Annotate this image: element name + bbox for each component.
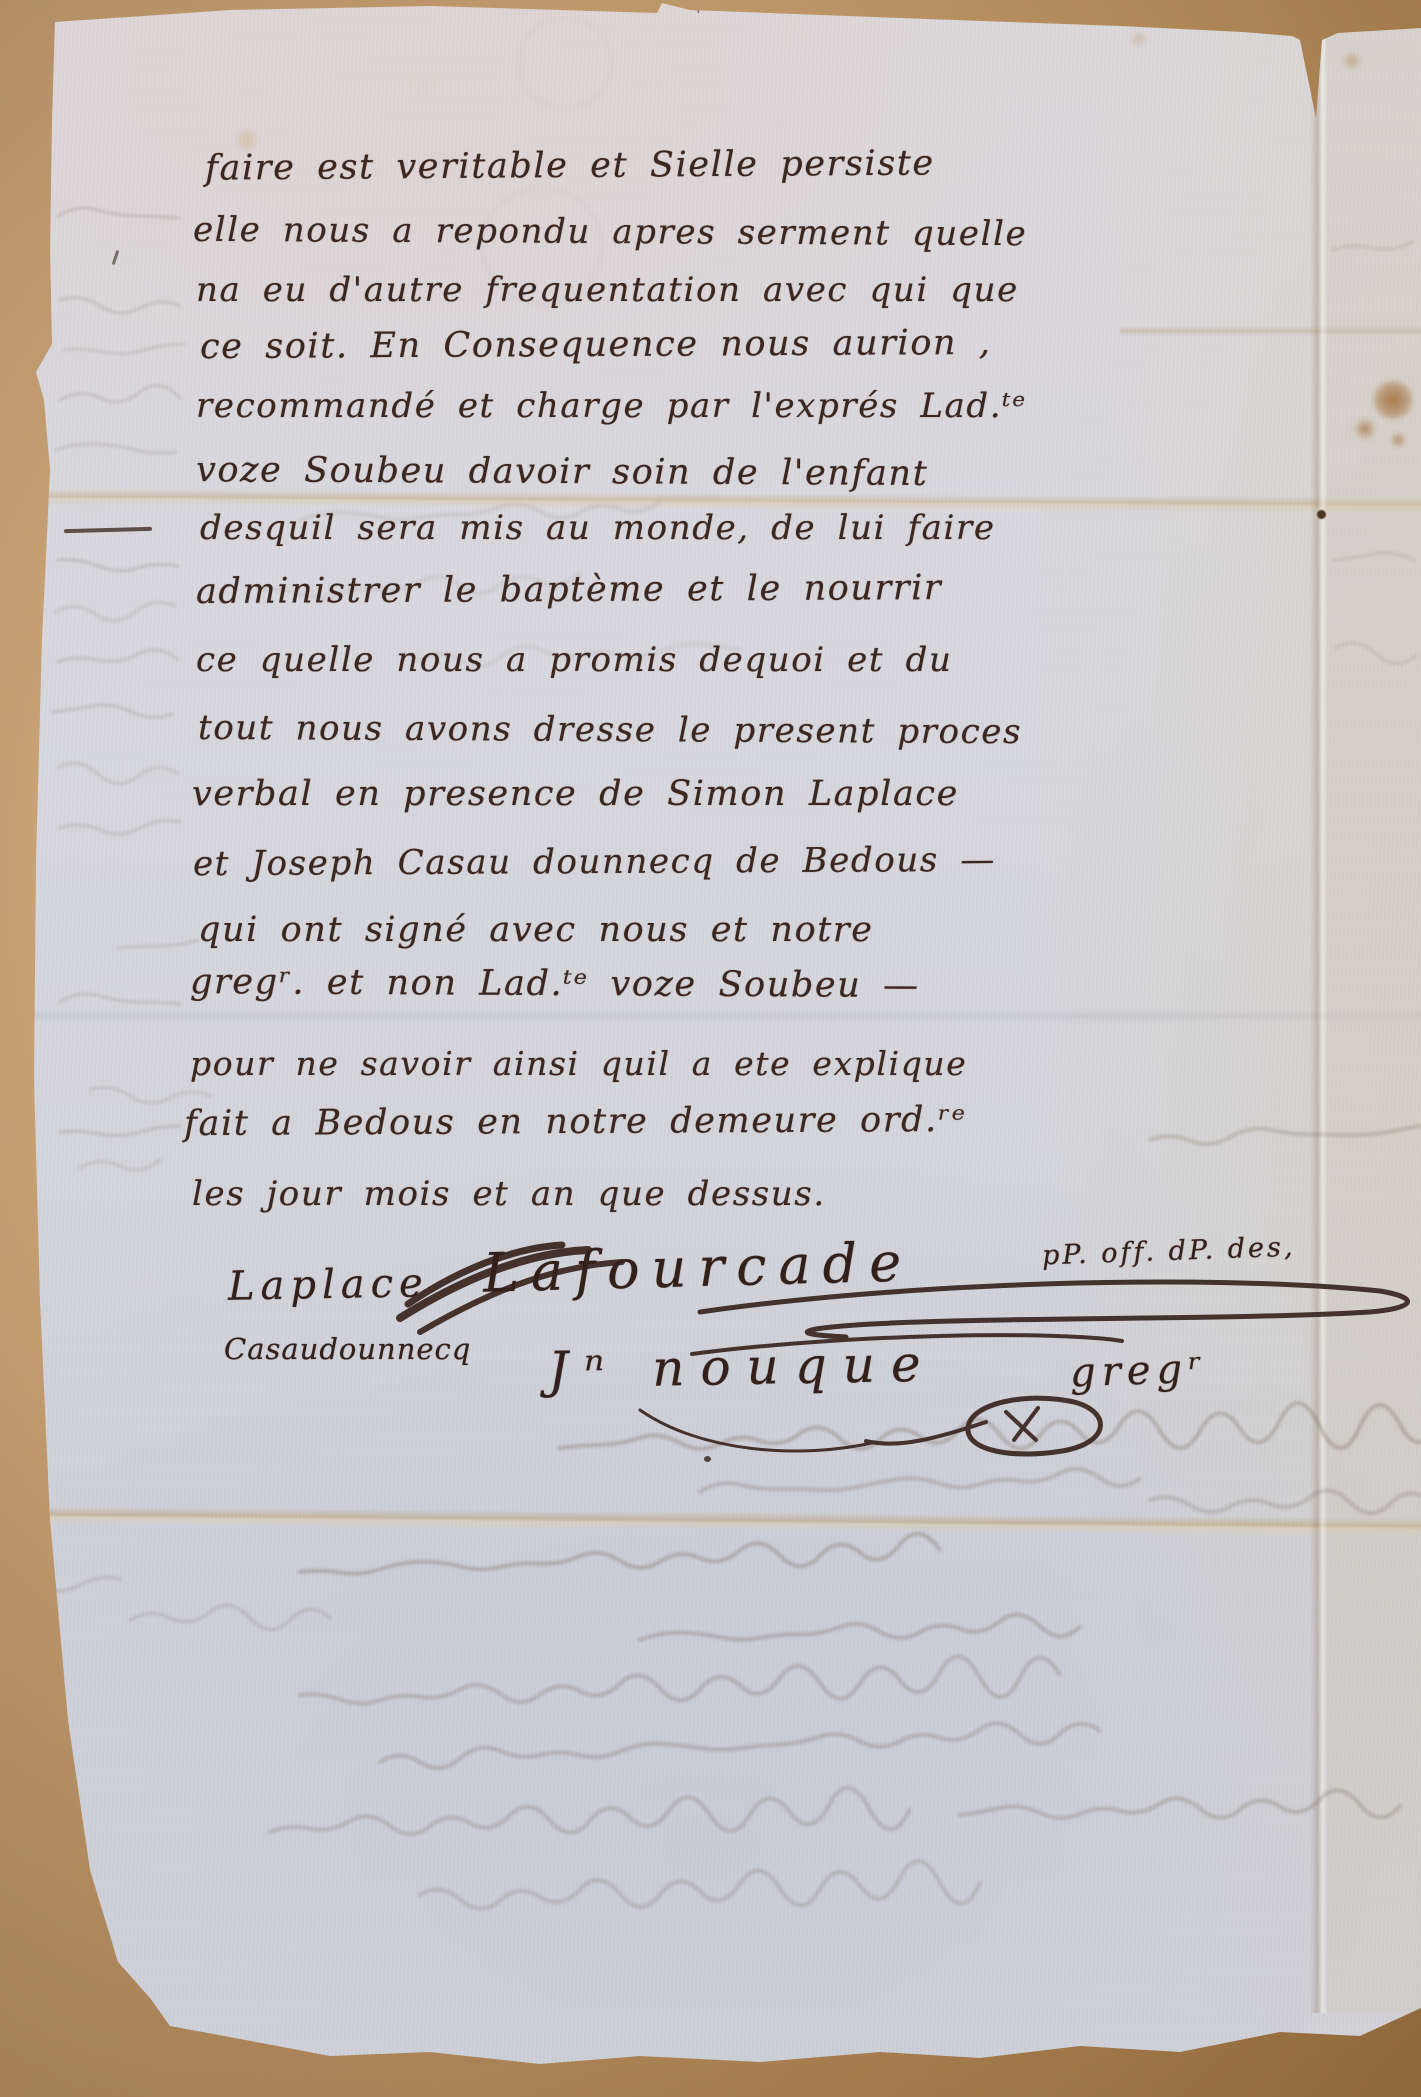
bleedthrough-scrawl xyxy=(299,1533,940,1584)
manuscript-line: administrer le baptème et le nourrir xyxy=(196,568,943,612)
flourish-stroke xyxy=(1006,1408,1038,1440)
manuscript-line: desquil sera mis au monde, de lui faire xyxy=(200,508,996,548)
bleedthrough-scrawl xyxy=(269,1786,910,1851)
bleedthrough-scrawl xyxy=(1150,1489,1421,1517)
manuscript-line: ce quelle nous a promis dequoi et du xyxy=(196,640,952,680)
manuscript-line: qui ont signé avec nous et notre xyxy=(198,910,874,950)
margin-dash-mark xyxy=(64,527,152,533)
stain-spot xyxy=(1388,432,1408,448)
bleedthrough-scrawl xyxy=(58,208,178,218)
stain-spot xyxy=(1128,30,1150,48)
vertical-fold-crease xyxy=(1310,28,1328,2013)
stain-spot xyxy=(1352,418,1378,440)
signature-laplace: Laplace xyxy=(228,1260,430,1309)
stain-spot xyxy=(1372,380,1414,420)
manuscript-line: tout nous avons dresse le present proces xyxy=(198,708,1022,752)
bleedthrough-scrawl xyxy=(379,1719,1099,1773)
bleedthrough-scrawl xyxy=(700,1467,1140,1501)
bleedthrough-scrawl xyxy=(960,1789,1401,1829)
manuscript-page: + faire est veritable et Sielle persiste… xyxy=(0,0,1421,2097)
manuscript-photo: + faire est veritable et Sielle persiste… xyxy=(0,0,1421,2097)
manuscript-line: les jour mois et an que dessus. xyxy=(192,1174,826,1214)
bleedthrough-scrawl xyxy=(299,1653,1060,1722)
manuscript-line: gregʳ. et non Lad.ᵗᵉ voze Soubeu — xyxy=(190,962,920,1006)
bleedthrough-scrawl xyxy=(52,705,172,718)
flourish-stroke xyxy=(968,1398,1101,1454)
faint-stamp-showthrough xyxy=(516,16,614,110)
bleedthrough-scrawl xyxy=(60,994,180,1004)
manuscript-line: ce soit. En Consequence nous aurion , xyxy=(200,323,992,367)
bleedthrough-scrawl xyxy=(58,763,178,783)
flourish-stroke xyxy=(866,1422,986,1444)
bleedthrough-scrawl xyxy=(1150,1123,1421,1146)
manuscript-line: fait a Bedous en notre demeure ord.ʳᵉ xyxy=(184,1100,967,1144)
bleedthrough-scrawl xyxy=(60,298,180,313)
bleedthrough-scrawl xyxy=(1334,553,1414,560)
bleedthrough-scrawl xyxy=(1332,242,1412,250)
margin-tick-mark xyxy=(112,250,119,265)
signature-nouque-title: gregʳ xyxy=(1069,1346,1208,1397)
signature-lafourcade-title: pP. off. dP. des, xyxy=(1042,1232,1296,1272)
bleedthrough-scrawl xyxy=(419,1859,980,1923)
stain-spot xyxy=(1340,52,1364,70)
bleedthrough-scrawl xyxy=(80,1160,160,1170)
folded-leaf-strip xyxy=(1326,28,1421,2013)
bleedthrough-scrawl xyxy=(60,385,180,402)
bleedthrough-scrawl xyxy=(118,940,198,948)
bleedthrough-scrawl xyxy=(55,602,175,620)
horizontal-fold-crease xyxy=(0,1010,1421,1022)
bleedthrough-scrawl xyxy=(58,650,178,662)
flourish-stroke xyxy=(640,1410,876,1451)
bleedthrough-scrawl xyxy=(90,1088,210,1103)
manuscript-line: faire est veritable et Sielle persiste xyxy=(205,143,935,188)
bleedthrough-scrawl xyxy=(58,560,178,571)
manuscript-line: recommandé et charge par l'exprés Lad.ᵗᵉ xyxy=(196,386,1027,426)
manuscript-line: elle nous a repondu apres serment quelle xyxy=(193,210,1027,254)
manuscript-line: verbal en presence de Simon Laplace xyxy=(192,774,959,814)
bleedthrough-scrawl xyxy=(640,1612,1081,1651)
bleedthrough-scrawl xyxy=(559,1399,1421,1468)
bleedthrough-scrawl xyxy=(60,1126,180,1136)
signature-casaudounnecq: Casaudounnecq xyxy=(224,1332,471,1366)
bleedthrough-scrawl xyxy=(64,344,184,354)
manuscript-line: pour ne savoir ainsi quil a ete explique xyxy=(190,1044,967,1083)
worm-hole xyxy=(1317,510,1326,519)
manuscript-line: voze Soubeu davoir soin de l'enfant xyxy=(196,450,929,494)
manuscript-line: et Joseph Casau dounnecq de Bedous — xyxy=(193,840,996,884)
bleedthrough-scrawl xyxy=(56,444,176,453)
bleedthrough-scrawl xyxy=(1336,643,1416,663)
horizontal-fold-crease xyxy=(0,1506,1421,1536)
signature-nouque: Jⁿ nouque xyxy=(548,1335,937,1400)
bleedthrough-scrawl xyxy=(60,820,180,834)
manuscript-line: na eu d'autre frequentation avec qui que xyxy=(196,270,1019,310)
closing-dot xyxy=(704,1456,711,1462)
bleedthrough-scrawl xyxy=(130,1605,330,1629)
signature-lafourcade: Lafourcade xyxy=(482,1230,914,1304)
horizontal-fold-crease xyxy=(1120,326,1421,336)
